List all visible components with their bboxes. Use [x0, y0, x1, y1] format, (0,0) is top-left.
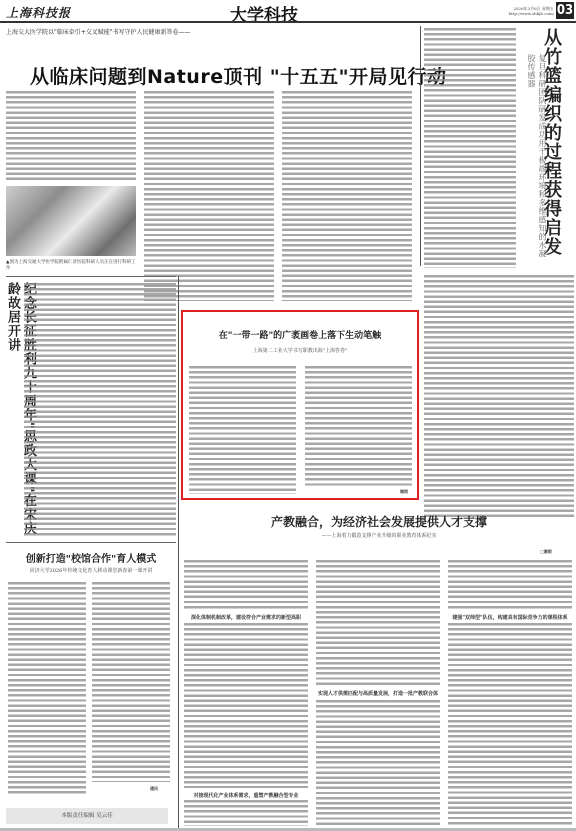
- bottom-left-author: 通讯: [150, 786, 158, 792]
- vertical-story-body: [24, 283, 176, 536]
- featured-headline[interactable]: 在"一带一路"的广袤画卷上落下生动笔触: [183, 328, 417, 341]
- bottom-section-head-2: 对接现代化产业体系需求，重塑产教融合型专业: [184, 792, 308, 799]
- bottom-body-col-2-top: [316, 560, 440, 686]
- bottom-body-col-1-top: [184, 560, 308, 610]
- section-divider: [6, 276, 176, 277]
- bottom-headline[interactable]: 产教融合，为经济社会发展提供人才支撑: [182, 513, 576, 530]
- sidebar-body-continued: [424, 275, 574, 520]
- bottom-body-col-1: [184, 623, 308, 788]
- sidebar-subtitle: 复旦科研团队研发成功用于极端环境和多维感知的水凝胶传感器: [526, 54, 548, 264]
- featured-subheadline: 上海第二工业大学书写职教出海"上海答卷": [183, 347, 417, 354]
- lead-body-col-3: [282, 91, 412, 301]
- masthead-rule: [0, 21, 576, 23]
- bottom-left-subheadline: 同济大学2026年传统文化育人移动课堂新春第一课开讲: [6, 567, 176, 574]
- sidebar-body: [424, 28, 516, 268]
- bottom-left-body-col-2: [92, 582, 170, 782]
- bottom-body-col-3: [448, 623, 572, 826]
- lead-body-col-1: [6, 91, 136, 181]
- newspaper-logo: 上海科技报: [6, 4, 71, 21]
- bottom-body-col-1-end: [184, 800, 308, 826]
- date-line: 2026年3月6日 星期五 http://www.shkjb.com/: [460, 6, 554, 16]
- bottom-left-body-col-1: [8, 582, 86, 794]
- website-link[interactable]: http://www.shkjb.com/: [460, 11, 554, 16]
- bottom-section-head-4: 建强"双师型"队伍，构建具有国际竞争力的课程体系: [448, 614, 572, 621]
- featured-body-col-2: [305, 366, 412, 486]
- lead-photo-caption: ▲图为上海交通大学医学院附属仁济医院科研人员正在进行科研工作: [6, 260, 136, 272]
- bottom-subheadline: ——上海着力锻造支撑产业升级的职业教育体系纪实: [182, 532, 576, 539]
- featured-body-col-1: [189, 366, 296, 494]
- bottom-body-col-2: [316, 700, 440, 826]
- editor-credit: 本版责任编辑 吴云佳: [6, 808, 168, 824]
- lead-photo: [6, 186, 136, 256]
- lead-kicker: 上海交大医学院以"临床牵引+交叉赋能"书写守护人民健康新答卷——: [6, 27, 191, 36]
- lead-headline[interactable]: 从临床问题到Nature顶刊 "十五五"开局见行动: [30, 62, 390, 89]
- featured-article-box[interactable]: 在"一带一路"的广袤画卷上落下生动笔触 上海第二工业大学书写职教出海"上海答卷"…: [181, 310, 419, 500]
- section-divider: [6, 542, 176, 543]
- bottom-left-headline[interactable]: 创新打造"校馆合作"育人模式: [6, 550, 176, 565]
- column-divider: [420, 26, 421, 266]
- featured-author: 谢雨: [400, 489, 408, 495]
- bottom-section-head-1: 深化体制机制改革，建设符合产业需求的新型高职: [184, 614, 308, 621]
- bottom-body-col-3-top: [448, 560, 572, 610]
- bottom-section-head-3: 实现人才供需匹配与高质量发展，打造一批产教联合体: [316, 690, 440, 697]
- bottom-author: □谢雨: [540, 549, 552, 555]
- column-divider: [178, 276, 179, 828]
- lead-body-col-2: [144, 91, 274, 301]
- page-number: 03: [556, 2, 574, 19]
